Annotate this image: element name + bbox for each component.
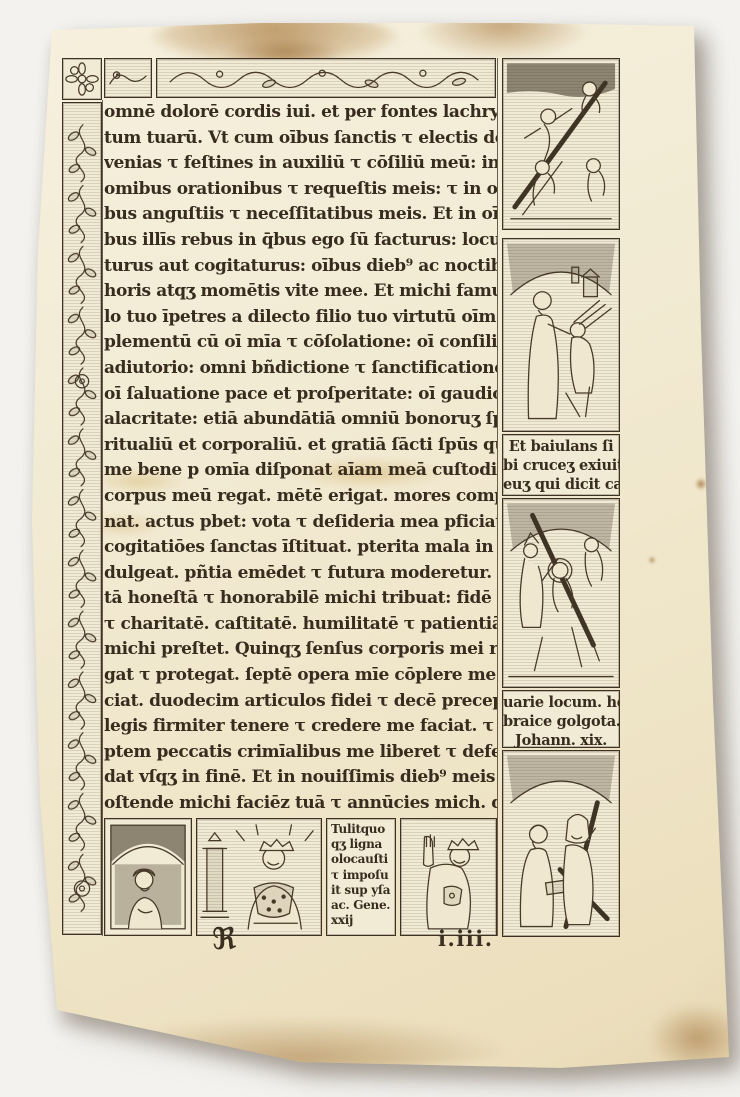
text-line: oī ſaluatione pace et proſperitate: oī g… xyxy=(104,382,497,408)
caption-line: qʒ ligna xyxy=(331,837,393,852)
prophet-and-sibyl-scene xyxy=(503,751,619,936)
caption-line: τ impoſu xyxy=(331,868,393,883)
foliate-border-strip xyxy=(62,102,102,935)
text-line: legis firmiter tenere τ credere me facia… xyxy=(104,714,497,740)
caption-line: uarie locum. he xyxy=(503,693,619,712)
text-line: me bene p omīa diſponat aīam meā cuſtodi… xyxy=(104,458,497,484)
text-frame-rule xyxy=(497,58,498,936)
christ-carrying-cross-woodcut xyxy=(502,498,620,688)
foliate-vine-icon xyxy=(63,103,101,934)
caption-line: euʒ qui dicit cal xyxy=(503,475,619,494)
text-line: plementū cū oī mīa τ cōſolatione: oī con… xyxy=(104,330,497,356)
text-line: dulgeat. pñtia emēdet τ futura moderetur… xyxy=(104,561,497,587)
text-line: cogitatiōes ſanctas īſtituat. pterita ma… xyxy=(104,535,497,561)
text-line: alacritate: etiā abundātiā omniū bonoruʒ… xyxy=(104,407,497,433)
seated-king-scene xyxy=(197,819,321,935)
latin-prayer-text: omnē dolorē cordis iui. et per fontes la… xyxy=(104,100,497,818)
christ-carrying-cross-scene xyxy=(503,499,619,687)
photo-of-manuscript-leaf: omnē dolorē cordis iui. et per fontes la… xyxy=(0,0,740,1097)
top-right-stain xyxy=(415,14,590,60)
prophet-and-sibyl-woodcut xyxy=(502,750,620,937)
text-line: ptem peccatis crimīalibus me liberet τ d… xyxy=(104,740,497,766)
corner-flower-ornament xyxy=(62,58,102,100)
vellum-leaf: omnē dolorē cordis iui. et per fontes la… xyxy=(0,0,740,1097)
caption-line: Tulitquo xyxy=(331,822,393,837)
text-line: ritualiū et corporaliū. et gratiā ſācti … xyxy=(104,433,497,459)
praying-king-scene xyxy=(401,819,496,935)
abraham-and-isaac-woodcut xyxy=(502,238,620,432)
caption-golgotha: uarie locum. hebraice golgota.Johann. xi… xyxy=(502,690,620,748)
bottom-right-corner-stain xyxy=(650,1004,740,1072)
text-line: tum tuarū. Vt cum oībus ſanctis τ electi… xyxy=(104,126,497,152)
text-line: gat τ protegat. ſeptē opera mīe cōplere … xyxy=(104,663,497,689)
caption-line: xxij xyxy=(331,913,393,928)
text-line: horis atqʒ momētis vite mee. Et michi fa… xyxy=(104,279,497,305)
text-line: michi preſtet. Quinqʒ ſenſus corporis me… xyxy=(104,637,497,663)
text-line: ciat. duodecim articulos fidei τ decē pr… xyxy=(104,689,497,715)
praying-king-woodcut xyxy=(400,818,497,936)
grotesque-creature-icon xyxy=(105,59,151,97)
leaf-shadow-wrap: omnē dolorē cordis iui. et per fontes la… xyxy=(0,0,740,1097)
caption-line: it sup yſa xyxy=(331,883,393,898)
caption-line: bi cruceʒ exiuit i xyxy=(503,456,619,475)
christ-nailed-to-cross-woodcut xyxy=(502,58,620,230)
frieze-segment-long xyxy=(156,58,496,98)
text-frame-rule xyxy=(102,100,103,936)
text-line: τ charitatē. caſtitatē. humilitatē τ pat… xyxy=(104,612,497,638)
scroll-foliage-icon xyxy=(157,59,495,97)
prophet-in-turban-scene xyxy=(105,819,191,935)
seated-king-woodcut xyxy=(196,818,322,936)
flower-icon xyxy=(63,59,101,99)
abraham-and-isaac-scene xyxy=(503,239,619,431)
quire-signature: i.iii. xyxy=(438,926,494,951)
signature-mark: ℜ xyxy=(212,922,236,957)
caption-line: Johann. xix. xyxy=(503,731,619,750)
caption-baiulans: Et baiulans ſibi cruceʒ exiuit ieuʒ qui … xyxy=(502,434,620,496)
text-line: turus aut cogitaturus: oībus dieb⁹ ac no… xyxy=(104,254,497,280)
bottom-edge-stain xyxy=(85,1016,515,1068)
caption-line: ac. Gene. xyxy=(331,898,393,913)
fox-spot xyxy=(648,556,656,564)
fox-spot xyxy=(695,478,707,490)
text-line: omnē dolorē cordis iui. et per fontes la… xyxy=(104,100,497,126)
text-line: corpus meū regat. mētē erigat. mores com… xyxy=(104,484,497,510)
text-line: adiutorio: omni bñdictione τ ſanctificat… xyxy=(104,356,497,382)
frieze-segment-small xyxy=(104,58,152,98)
text-line: venias τ feſtines in auxiliū τ cōſiliū m… xyxy=(104,151,497,177)
text-line: omibus orationibus τ requeſtis meis: τ i… xyxy=(104,177,497,203)
genesis-caption-panel: Tulitquoqʒ lignaolocauſtiτ impoſuit sup … xyxy=(326,818,396,936)
caption-line: olocauſti xyxy=(331,852,393,867)
caption-line: braice golgota. xyxy=(503,712,619,731)
text-line: nat. actus pbet: vota τ deſideria mea pf… xyxy=(104,510,497,536)
text-line: oſtende michi faciēz tuā τ annūcies mich… xyxy=(104,791,497,817)
prophet-in-turban-woodcut xyxy=(104,818,192,936)
text-line: bus illīs rebus in q̄bus ego ſū facturus… xyxy=(104,228,497,254)
text-line: dat vſqʒ in finē. Et in nouiſſimis dieb⁹… xyxy=(104,765,497,791)
text-line: lo tuo īpetres a dilecto filio tuo virtu… xyxy=(104,305,497,331)
caption-line: Et baiulans ſi xyxy=(503,437,619,456)
christ-nailed-to-cross-scene xyxy=(503,59,619,229)
text-line: tā honeſtā τ honorabilē michi tribuat: f… xyxy=(104,586,497,612)
text-line: bus anguſtiis τ neceſſitatibus meis. Et … xyxy=(104,202,497,228)
